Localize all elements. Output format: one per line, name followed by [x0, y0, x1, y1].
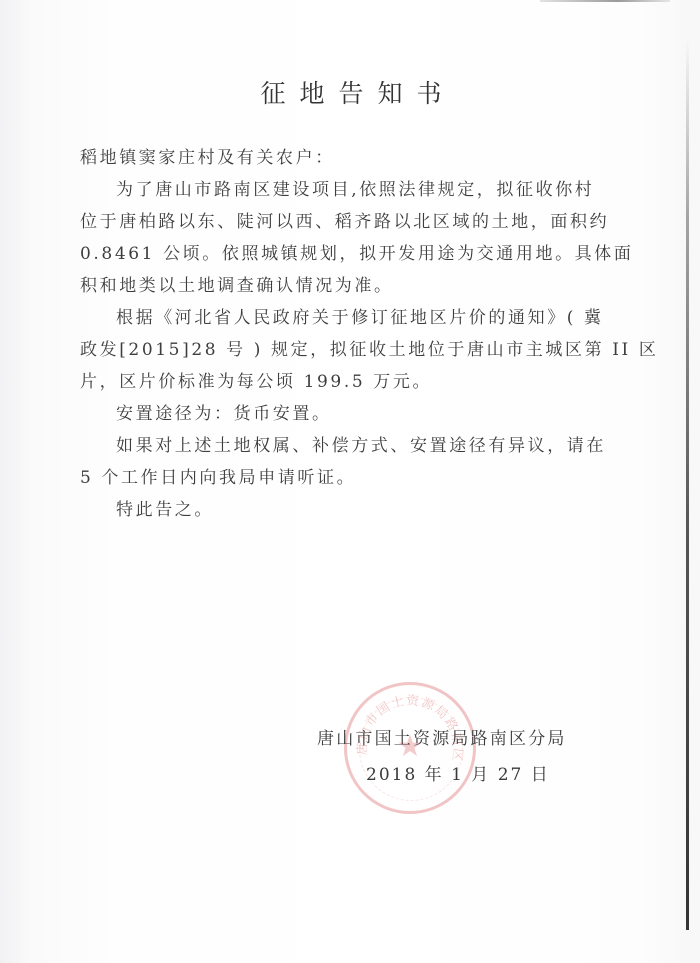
scanned-page: 征地告知书 稻地镇窦家庄村及有关农户： 为了唐山市路南区建设项目,依照法律规定，…: [0, 0, 700, 963]
paragraph-2-line-3: 片，区片价标准为每公顷 199.5 万元。: [80, 366, 550, 398]
document-title: 征地告知书: [0, 74, 700, 110]
paragraph-1-line-4: 积和地类以土地调查确认情况为准。: [80, 270, 550, 302]
paragraph-2-line-1: 根据《河北省人民政府关于修订征地区片价的通知》( 冀: [80, 302, 550, 334]
paragraph-1-line-3: 0.8461 公顷。依照城镇规划，拟开发用途为交通用地。具体面: [80, 238, 550, 270]
addressee: 稻地镇窦家庄村及有关农户：: [80, 142, 550, 174]
paragraph-1-line-1: 为了唐山市路南区建设项目,依照法律规定，拟征收你村: [80, 174, 550, 206]
paragraph-4-line-2: 5 个工作日内向我局申请听证。: [80, 462, 550, 494]
scan-edge-right: [686, 40, 689, 930]
issue-date: 2018 年 1 月 27 日: [366, 760, 550, 785]
paragraph-4-line-1: 如果对上述土地权属、补偿方式、安置途径有异议，请在: [80, 430, 550, 462]
paragraph-5-line-1: 特此告之。: [80, 494, 550, 526]
paragraph-1-line-2: 位于唐柏路以东、陡河以西、稻齐路以北区域的土地，面积约: [80, 206, 550, 238]
paragraph-2-line-2: 政发[2015]28 号 ) 规定，拟征收土地位于唐山市主城区第 II 区: [80, 334, 550, 366]
scan-edge-top: [540, 0, 670, 2]
paragraph-3-line-1: 安置途径为：货币安置。: [80, 398, 550, 430]
document-body: 稻地镇窦家庄村及有关农户： 为了唐山市路南区建设项目,依照法律规定，拟征收你村 …: [80, 142, 550, 526]
issuer-name: 唐山市国土资源局路南区分局: [317, 724, 567, 749]
